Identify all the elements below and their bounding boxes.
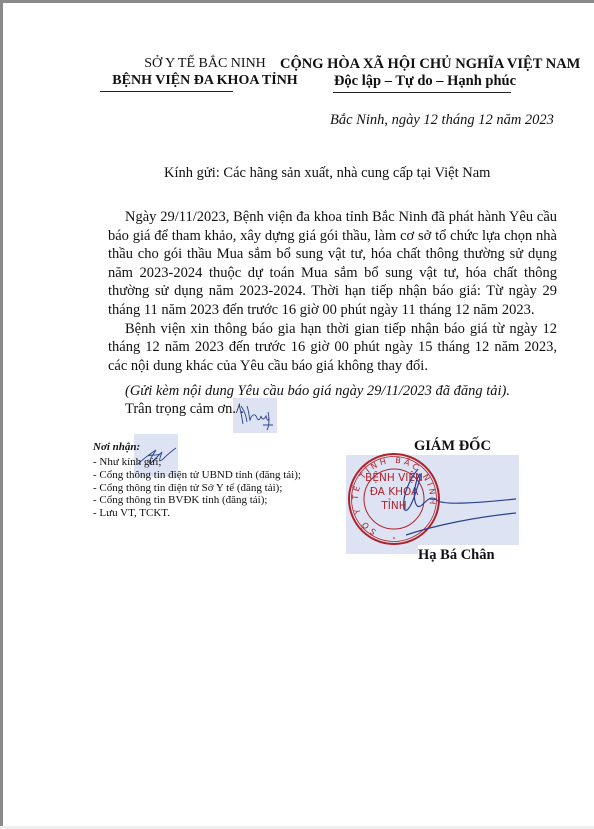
recipient-item: - Cổng thông tin BVĐK tỉnh (đăng tải);: [93, 494, 301, 507]
letter-body: Ngày 29/11/2023, Bệnh viện đa khoa tỉnh …: [108, 208, 557, 375]
recipient-item: - Như kính gửi;: [93, 456, 301, 469]
recipient-line: Kính gửi: Các hãng sản xuất, nhà cung cấ…: [164, 165, 490, 182]
recipient-item: - Cổng thông tin điện tử Sở Y tế (đăng t…: [93, 482, 301, 495]
director-signature: [346, 455, 519, 545]
motto-underline: [333, 92, 511, 93]
national-motto: Độc lập – Tự do – Hạnh phúc: [280, 73, 570, 90]
page-frame-top: [0, 0, 594, 3]
recipient-item: - Lưu VT, TCKT.: [93, 507, 301, 520]
director-name: Hạ Bá Chân: [418, 547, 495, 564]
closing-line: Trân trọng cảm ơn./.: [125, 401, 244, 418]
body-paragraph-1: Ngày 29/11/2023, Bệnh viện đa khoa tỉnh …: [108, 208, 557, 320]
recipients-list: - Như kính gửi; - Cổng thông tin điện tử…: [93, 456, 301, 520]
recipients-title: Nơi nhận:: [93, 441, 140, 453]
attachment-note: (Gửi kèm nội dung Yêu cầu báo giá ngày 2…: [125, 383, 510, 400]
body-paragraph-2: Bệnh viện xin thông báo gia hạn thời gia…: [108, 320, 557, 376]
page-frame-left: [0, 0, 3, 829]
recipient-item: - Cổng thông tin điện tử UBND tỉnh (đăng…: [93, 469, 301, 482]
place-date: Bắc Ninh, ngày 12 tháng 12 năm 2023: [330, 112, 554, 129]
national-title: CỘNG HÒA XÃ HỘI CHỦ NGHĨA VIỆT NAM: [280, 56, 570, 73]
organization-underline: [100, 91, 233, 92]
